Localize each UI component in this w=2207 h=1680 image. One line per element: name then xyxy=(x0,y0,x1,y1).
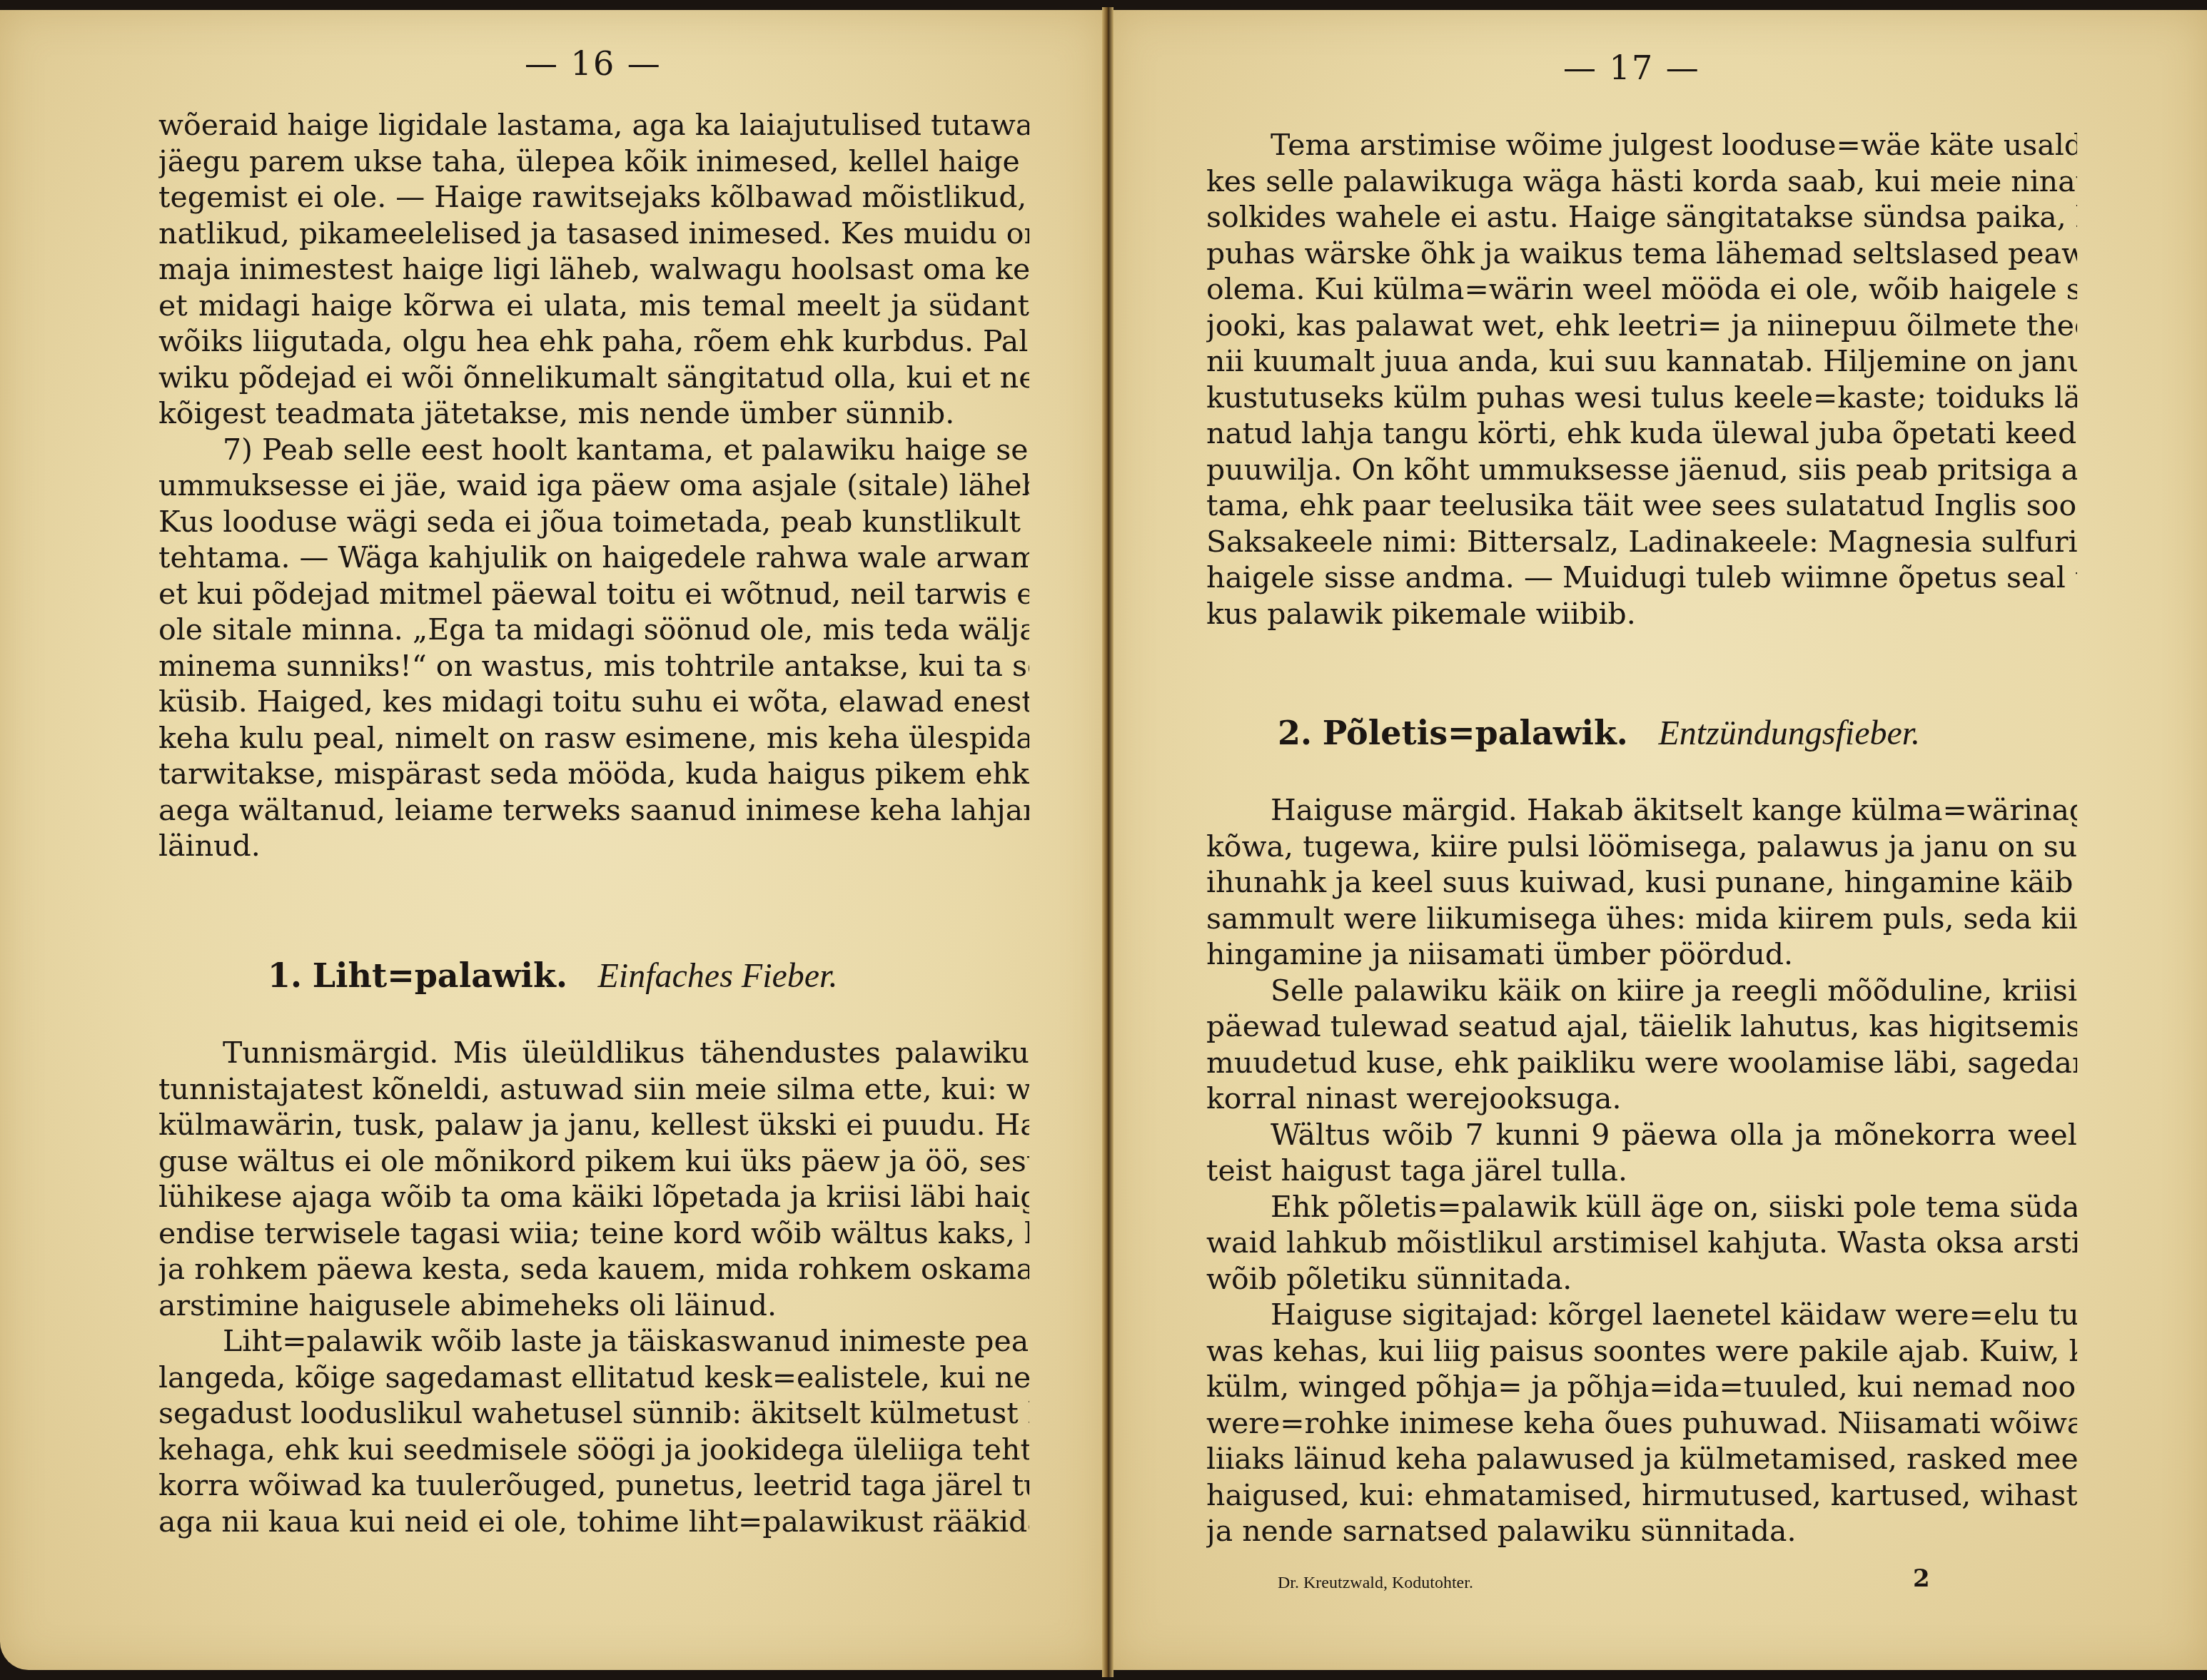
text-line: läinud. xyxy=(158,828,1029,864)
text-line: Haiguse sigitajad: kõrgel laenetel käida… xyxy=(1206,1297,2077,1333)
text-line: wõeraid haige ligidale lastama, aga ka l… xyxy=(158,107,1029,143)
text-line: et kui põdejad mitmel päewal toitu ei wõ… xyxy=(158,576,1029,612)
signature-mark: 2 xyxy=(1913,1564,1930,1593)
text-line: et midagi haige kõrwa ei ulata, mis tema… xyxy=(158,288,1029,324)
section-2-body: Haiguse märgid. Hakab äkitselt kange kül… xyxy=(1206,792,2077,1549)
text-line: Ehk põletis=palawik küll äge on, siiski … xyxy=(1206,1189,2077,1225)
text-line: solkides wahele ei astu. Haige sängitata… xyxy=(1206,199,2077,236)
text-line: kehaga, ehk kui seedmisele söögi ja jook… xyxy=(158,1432,1029,1468)
text-line: endise terwisele tagasi wiia; teine kord… xyxy=(158,1215,1029,1252)
section-1-heading: 1. Liht=palawik. Einfaches Fieber. xyxy=(268,956,837,996)
text-line: nii kuumalt juua anda, kui suu kannatab.… xyxy=(1206,343,2077,380)
text-line: wiku põdejad ei wõi õnnelikumalt sängita… xyxy=(158,360,1029,396)
text-line: jooki, kas palawat wet, ehk leetri= ja n… xyxy=(1206,308,2077,344)
text-line: langeda, kõige sagedamast ellitatud kesk… xyxy=(158,1360,1029,1396)
text-line: wõib põletiku sünnitada. xyxy=(1206,1261,2077,1297)
section-number: 2. xyxy=(1278,714,1312,752)
text-line: ja rohkem päewa kesta, seda kauem, mida … xyxy=(158,1251,1029,1287)
text-line: haigele sisse andma. — Muidugi tuleb wii… xyxy=(1206,560,2077,596)
text-line: was kehas, kui liig paisus soontes were … xyxy=(1206,1333,2077,1370)
text-line: Wältus wõib 7 kunni 9 päewa olla ja mõne… xyxy=(1206,1117,2077,1153)
text-line: keha kulu peal, nimelt on rasw esimene, … xyxy=(158,720,1029,756)
text-line: Liht=palawik wõib laste ja täiskaswanud … xyxy=(158,1323,1029,1360)
section-2-heading: 2. Põletis=palawik. Entzündungsfieber. xyxy=(1278,714,1920,753)
text-line: ihunahk ja keel suus kuiwad, kusi punane… xyxy=(1206,864,2077,901)
section-number: 1. xyxy=(268,956,302,995)
left-top-block: wõeraid haige ligidale lastama, aga ka l… xyxy=(158,107,1029,864)
text-line: tegemist ei ole. — Haige rawitsejaks kõl… xyxy=(158,179,1029,216)
section-1-body: Tunnismärgid. Mis üleüldlikus tähenduste… xyxy=(158,1035,1029,1539)
text-line: Saksakeele nimi: Bittersalz, Ladinakeele… xyxy=(1206,524,2077,560)
text-line: wõiks liigutada, olgu hea ehk paha, rõem… xyxy=(158,323,1029,360)
text-line: ja nende sarnatsed palawiku sünnitada. xyxy=(1206,1513,2077,1549)
text-line: aega wältanud, leiame terweks saanud ini… xyxy=(158,792,1029,829)
text-line: tehtama. — Wäga kahjulik on haigedele ra… xyxy=(158,540,1029,576)
section-title: Liht=palawik. xyxy=(313,956,567,995)
text-line: külm, winged põhja= ja põhja=ida=tuuled,… xyxy=(1206,1369,2077,1405)
text-line: Haiguse märgid. Hakab äkitselt kange kül… xyxy=(1206,792,2077,829)
text-line: tama, ehk paar teelusika täit wee sees s… xyxy=(1206,487,2077,524)
text-line: hingamine ja niisamati ümber pöördud. xyxy=(1206,936,2077,973)
text-line: Kus looduse wägi seda ei jõua toimetada,… xyxy=(158,504,1029,540)
text-line: segadust looduslikul wahetusel sünnib: ä… xyxy=(158,1395,1029,1432)
text-line: puuwilja. On kõht ummuksesse jäenud, sii… xyxy=(1206,452,2077,488)
book-spread: — 16 — wõeraid haige ligidale lastama, a… xyxy=(0,0,2207,1680)
text-line: küsib. Haiged, kes midagi toitu suhu ei … xyxy=(158,684,1029,720)
text-line: kustutuseks külm puhas wesi tulus keele=… xyxy=(1206,380,2077,416)
page-number-17: — 17 — xyxy=(1563,49,1700,87)
text-line: korral ninast werejooksuga. xyxy=(1206,1081,2077,1117)
text-line: külmawärin, tusk, palaw ja janu, kellest… xyxy=(158,1107,1029,1143)
section-title: Põletis=palawik. xyxy=(1323,714,1628,752)
right-top-block: Tema arstimise wõime julgest looduse=wäe… xyxy=(1206,127,2077,632)
text-line: liiaks läinud keha palawused ja külmetam… xyxy=(1206,1441,2077,1477)
text-line: natlikud, pikameelelised ja tasased inim… xyxy=(158,216,1029,252)
text-line: sammult were liikumisega ühes: mida kiir… xyxy=(1206,901,2077,937)
text-line: tarwitakse, mispärast seda mööda, kuda h… xyxy=(158,756,1029,792)
text-line: päewad tulewad seatud ajal, täielik lahu… xyxy=(1206,1008,2077,1045)
text-line: aga nii kaua kui neid ei ole, tohime lih… xyxy=(158,1504,1029,1540)
text-line: jäegu parem ukse taha, ülepea kõik inime… xyxy=(158,143,1029,180)
text-line: Selle palawiku käik on kiire ja reegli m… xyxy=(1206,973,2077,1009)
page-number-16: — 16 — xyxy=(525,44,662,83)
item-7-line: 7) Peab selle eest hoolt kantama, et pal… xyxy=(158,432,1029,468)
text-line: teist haigust taga järel tulla. xyxy=(1206,1153,2077,1189)
text-line: haigused, kui: ehmatamised, hirmutused, … xyxy=(1206,1477,2077,1514)
section-title-german: Entzündungsfieber. xyxy=(1658,714,1920,752)
text-line: kõigest teadmata jätetakse, mis nende üm… xyxy=(158,395,1029,432)
text-line: korra wõiwad ka tuulerõuged, punetus, le… xyxy=(158,1467,1029,1504)
text-line: muudetud kuse, ehk paikliku were woolami… xyxy=(1206,1045,2077,1081)
text-line: puhas wärske õhk ja waikus tema lähemad … xyxy=(1206,236,2077,272)
text-line: ummuksesse ei jäe, waid iga päew oma asj… xyxy=(158,467,1029,504)
text-line: maja inimestest haige ligi läheb, walwag… xyxy=(158,251,1029,288)
text-line: kes selle palawikuga wäga hästi korda sa… xyxy=(1206,163,2077,200)
text-line: waid lahkub mõistlikul arstimisel kahjut… xyxy=(1206,1225,2077,1261)
text-line: lühikese ajaga wõib ta oma käiki lõpetad… xyxy=(158,1179,1029,1215)
section-title-german: Einfaches Fieber. xyxy=(598,957,838,995)
text-line: were=rohke inimese keha õues puhuwad. Ni… xyxy=(1206,1405,2077,1442)
text-line: olema. Kui külma=wärin weel mööda ei ole… xyxy=(1206,271,2077,308)
text-line: ole sitale minna. „Ega ta midagi söönud … xyxy=(158,612,1029,648)
text-line: minema sunniks!“ on wastus, mis tohtrile… xyxy=(158,648,1029,684)
footer-author-title: Dr. Kreutzwald, Kodutohter. xyxy=(1278,1574,1473,1593)
text-line: kus palawik pikemale wiibib. xyxy=(1206,596,2077,632)
text-line: Tema arstimise wõime julgest looduse=wäe… xyxy=(1206,127,2077,163)
book-gutter xyxy=(1102,7,1113,1677)
text-line: arstimine haigusele abimeheks oli läinud… xyxy=(158,1287,1029,1324)
text-line: guse wältus ei ole mõnikord pikem kui ük… xyxy=(158,1143,1029,1180)
text-line: tunnistajatest kõneldi, astuwad siin mei… xyxy=(158,1071,1029,1108)
text-line: kõwa, tugewa, kiire pulsi löömisega, pal… xyxy=(1206,829,2077,865)
text-line: natud lahja tangu körti, ehk kuda ülewal… xyxy=(1206,415,2077,452)
text-line: Tunnismärgid. Mis üleüldlikus tähenduste… xyxy=(158,1035,1029,1071)
